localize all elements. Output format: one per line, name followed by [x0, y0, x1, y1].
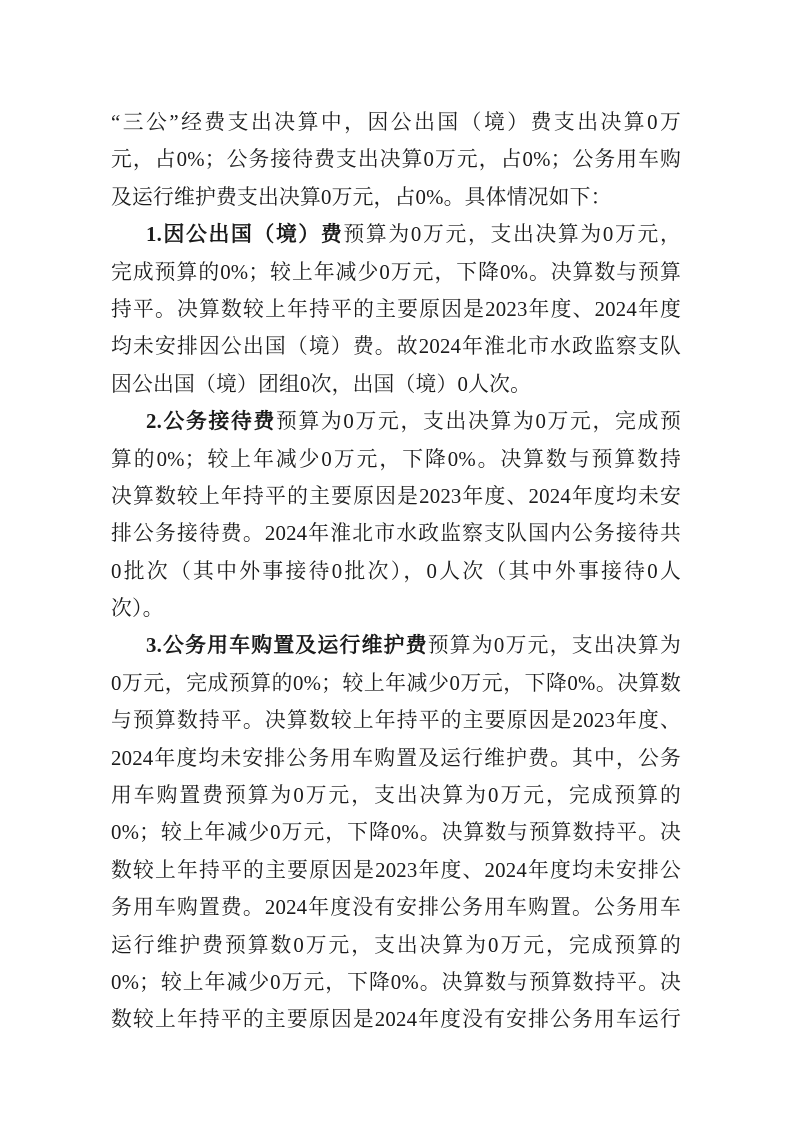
paragraph-item-2-reception-expense: 2.公务接待费预算为0万元，支出决算为0万元，完成预 算的0%；较上年减少0万元…: [111, 403, 681, 627]
text-line: 运行维护费预算数0万元，支出决算为0万元，完成预算的: [111, 927, 681, 964]
text-line: 2.公务接待费预算为0万元，支出决算为0万元，完成预: [111, 403, 681, 440]
line-text: 排公务接待费。2024年淮北市水政监察支队国内公务接待共: [111, 522, 681, 545]
line-text: 数较上年持平的主要原因是2024年度没有安排公务用车运行: [111, 1008, 681, 1031]
text-line: 持平。决算数较上年持平的主要原因是2023年度、2024年度: [111, 291, 681, 328]
line-text: 0%；较上年减少0万元，下降0%。决算数与预算数持平。决算: [111, 821, 681, 851]
line-text: 运行维护费预算数0万元，支出决算为0万元，完成预算的: [111, 934, 681, 957]
line-text: 元，占0%；公务接待费支出决算0万元，占0%；公务用车购置: [111, 148, 681, 178]
line-text: 预算为0万元，支出决算为: [428, 634, 681, 657]
text-line: 次）。: [111, 590, 681, 627]
text-line: 与预算数持平。决算数较上年持平的主要原因是2023年度、: [111, 702, 681, 739]
line-text: 0%；较上年减少0万元，下降0%。决算数与预算数持平。决算: [111, 971, 681, 1001]
paragraph-item-3-vehicle-expense: 3.公务用车购置及运行维护费预算为0万元，支出决算为 0万元，完成预算的0%；较…: [111, 627, 681, 1038]
line-text: 持平。决算数较上年持平的主要原因是2023年度、2024年度: [111, 298, 681, 321]
line-text: 均未安排因公出国（境）费。故2024年淮北市水政监察支队: [111, 335, 681, 358]
text-line: 因公出国（境）团组0次，出国（境）0人次。: [111, 366, 681, 403]
text-line: 0万元，完成预算的0%；较上年减少0万元，下降0%。决算数: [111, 665, 681, 702]
text-line: 用车购置费预算为0万元，支出决算为0万元，完成预算的: [111, 777, 681, 814]
line-text: 0批次（其中外事接待0批次），0人次（其中外事接待0人: [111, 560, 681, 583]
text-line: 数较上年持平的主要原因是2024年度没有安排公务用车运行: [111, 1001, 681, 1038]
text-line: 1.因公出国（境）费预算为0万元，支出决算为0万元，: [111, 216, 681, 253]
line-text: 数较上年持平的主要原因是2023年度、2024年度均未安排公: [111, 859, 681, 882]
text-line: 及运行维护费支出决算0万元，占0%。具体情况如下：: [111, 179, 681, 216]
line-text: “三公”经费支出决算中，因公出国（境）费支出决算0万: [111, 111, 681, 134]
text-line: 3.公务用车购置及运行维护费预算为0万元，支出决算为: [111, 627, 681, 664]
line-text: 完成预算的0%；较上年减少0万元，下降0%。决算数与预算数: [111, 261, 681, 291]
text-line: 数较上年持平的主要原因是2023年度、2024年度均未安排公: [111, 852, 681, 889]
line-text: 预算为0万元，支出决算为0万元，: [343, 223, 681, 246]
paragraph-summary: “三公”经费支出决算中，因公出国（境）费支出决算0万 元，占0%；公务接待费支出…: [111, 104, 681, 216]
text-line: 0%；较上年减少0万元，下降0%。决算数与预算数持平。决算: [111, 964, 681, 1001]
text-line: 0%；较上年减少0万元，下降0%。决算数与预算数持平。决算: [111, 814, 681, 851]
line-text: 用车购置费预算为0万元，支出决算为0万元，完成预算的: [111, 784, 681, 807]
text-line: 均未安排因公出国（境）费。故2024年淮北市水政监察支队: [111, 328, 681, 365]
text-line: 2024年度均未安排公务用车购置及运行维护费。其中，公务: [111, 740, 681, 777]
line-text: 预算为0万元，支出决算为0万元，完成预: [276, 410, 681, 433]
text-line: 务用车购置费。2024年度没有安排公务用车购置。公务用车: [111, 889, 681, 926]
text-line: 元，占0%；公务接待费支出决算0万元，占0%；公务用车购置: [111, 141, 681, 178]
item-number-lead: 2.公务接待费: [146, 410, 276, 433]
line-text: 算的0%；较上年减少0万元，下降0%。决算数与预算数持平。: [111, 448, 681, 478]
line-text: 因公出国（境）团组0次，出国（境）0人次。: [111, 373, 531, 396]
item-number-lead: 3.公务用车购置及运行维护费: [146, 634, 428, 657]
text-line: “三公”经费支出决算中，因公出国（境）费支出决算0万: [111, 104, 681, 141]
document-body: “三公”经费支出决算中，因公出国（境）费支出决算0万 元，占0%；公务接待费支出…: [111, 104, 681, 1039]
line-text: 0万元，完成预算的0%；较上年减少0万元，下降0%。决算数: [111, 672, 681, 695]
line-text: 决算数较上年持平的主要原因是2023年度、2024年度均未安: [111, 485, 681, 508]
line-text: 2024年度均未安排公务用车购置及运行维护费。其中，公务: [111, 747, 681, 770]
line-text: 务用车购置费。2024年度没有安排公务用车购置。公务用车: [111, 896, 681, 919]
line-text: 次）。: [111, 597, 164, 620]
item-number-lead: 1.因公出国（境）费: [146, 223, 343, 246]
text-line: 算的0%；较上年减少0万元，下降0%。决算数与预算数持平。: [111, 441, 681, 478]
text-line: 决算数较上年持平的主要原因是2023年度、2024年度均未安: [111, 478, 681, 515]
line-text: 与预算数持平。决算数较上年持平的主要原因是2023年度、: [111, 709, 681, 732]
text-line: 排公务接待费。2024年淮北市水政监察支队国内公务接待共: [111, 515, 681, 552]
line-text: 及运行维护费支出决算0万元，占0%。具体情况如下：: [111, 186, 612, 209]
text-line: 0批次（其中外事接待0批次），0人次（其中外事接待0人: [111, 553, 681, 590]
paragraph-item-1-abroad-expense: 1.因公出国（境）费预算为0万元，支出决算为0万元， 完成预算的0%；较上年减少…: [111, 216, 681, 403]
document-page: “三公”经费支出决算中，因公出国（境）费支出决算0万 元，占0%；公务接待费支出…: [0, 0, 793, 1122]
text-line: 完成预算的0%；较上年减少0万元，下降0%。决算数与预算数: [111, 254, 681, 291]
